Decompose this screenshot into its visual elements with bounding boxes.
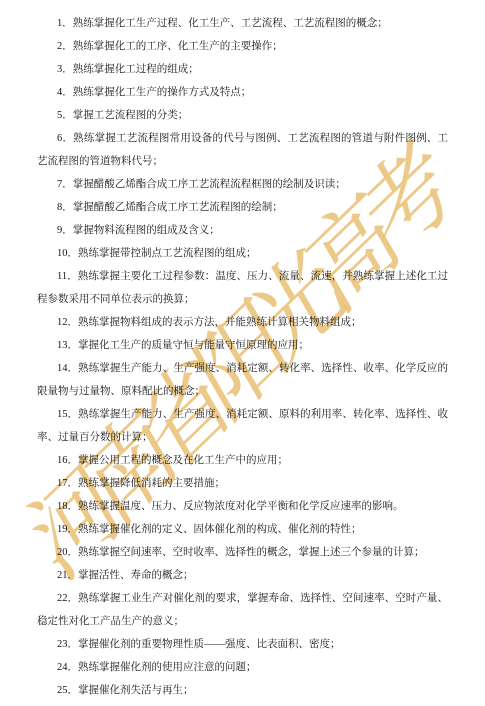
objective-item: 10．熟练掌握带控制点工艺流程图的组成； [37, 242, 448, 265]
document-page: 河南省阳光高考 1．熟练掌握化工生产过程、化工生产、工艺流程、工艺流程图的概念；… [0, 0, 485, 706]
objective-item: 4．熟练掌握化工生产的操作方式及特点； [37, 81, 448, 104]
objective-item: 16．掌握公用工程的概念及在化工生产中的应用； [37, 449, 448, 472]
objective-item: 14．熟练掌握生产能力、生产强度、消耗定额、转化率、选择性、收率、化学反应的限量… [37, 357, 448, 403]
objectives-list: 1．熟练掌握化工生产过程、化工生产、工艺流程、工艺流程图的概念；2．熟练掌握化工… [37, 12, 448, 702]
objective-item: 3．熟练掌握化工过程的组成； [37, 58, 448, 81]
objective-item: 11．熟练掌握主要化工过程参数：温度、压力、流量、流速，并熟练掌握上述化工过程参… [37, 265, 448, 311]
objective-item: 9．掌握物料流程图的组成及含义； [37, 219, 448, 242]
objective-item: 12．熟练掌握物料组成的表示方法，并能熟练计算相关物料组成； [37, 311, 448, 334]
objective-item: 13．掌握化工生产的质量守恒与能量守恒原理的应用； [37, 334, 448, 357]
objective-item: 7．掌握醋酸乙烯酯合成工序工艺流程流程框图的绘制及识读； [37, 173, 448, 196]
objective-item: 20．熟练掌握空间速率、空时收率、选择性的概念，掌握上述三个参量的计算； [37, 541, 448, 564]
objective-item: 22．熟练掌握工业生产对催化剂的要求，掌握寿命、选择性、空间速率、空时产量、稳定… [37, 587, 448, 633]
objective-item: 6．熟练掌握工艺流程图常用设备的代号与图例、工艺流程图的管道与附件图例、工艺流程… [37, 127, 448, 173]
objective-item: 15．熟练掌握生产能力、生产强度、消耗定额、原料的利用率、转化率、选择性、收率、… [37, 403, 448, 449]
objective-item: 18．熟练掌握温度、压力、反应物浓度对化学平衡和化学反应速率的影响。 [37, 495, 448, 518]
objective-item: 25．掌握催化剂失活与再生； [37, 679, 448, 702]
objective-item: 19．熟练掌握催化剂的定义、固体催化剂的构成、催化剂的特性； [37, 518, 448, 541]
objective-item: 24．熟练掌握催化剂的使用应注意的问题； [37, 656, 448, 679]
objective-item: 17．熟练掌握降低消耗的主要措施； [37, 472, 448, 495]
objective-item: 1．熟练掌握化工生产过程、化工生产、工艺流程、工艺流程图的概念； [37, 12, 448, 35]
objective-item: 2．熟练掌握化工的工序、化工生产的主要操作； [37, 35, 448, 58]
objective-item: 8．掌握醋酸乙烯酯合成工序工艺流程图的绘制； [37, 196, 448, 219]
objective-item: 5．掌握工艺流程图的分类； [37, 104, 448, 127]
objective-item: 23．掌握催化剂的重要物理性质——强度、比表面积、密度； [37, 633, 448, 656]
objective-item: 21．掌握活性、寿命的概念； [37, 564, 448, 587]
